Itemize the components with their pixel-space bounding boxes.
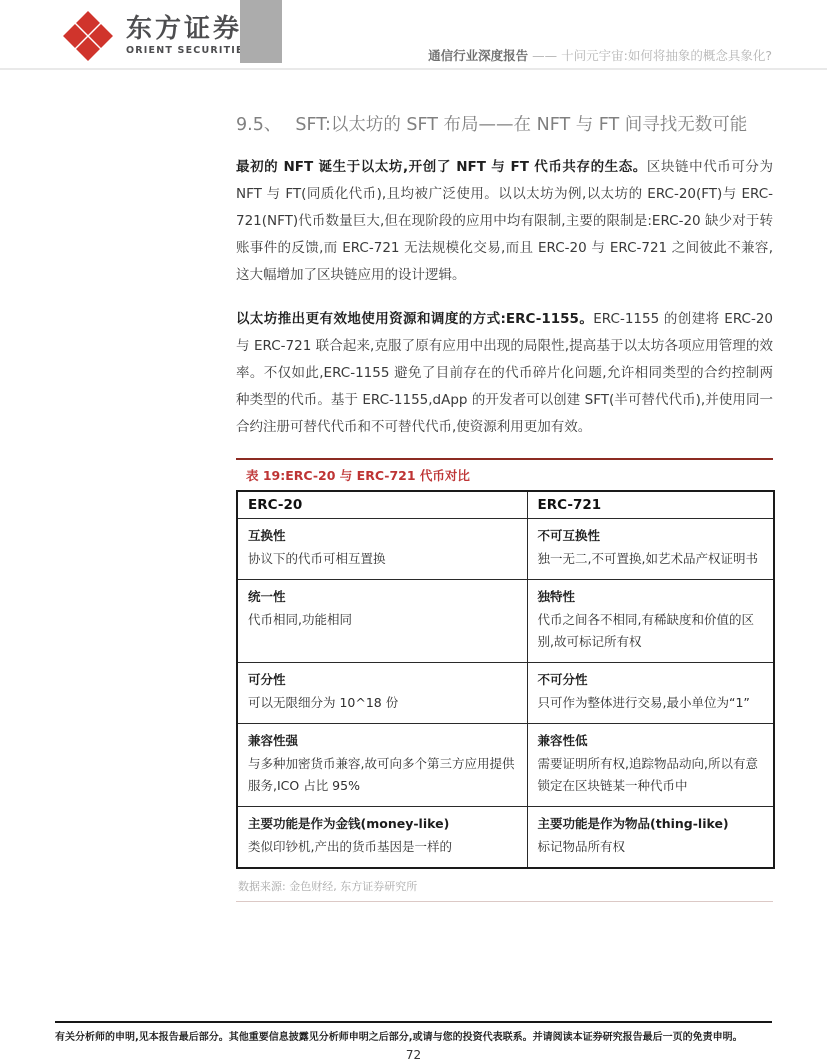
header-gray-bar bbox=[240, 0, 282, 63]
cell-title: 互换性 bbox=[248, 523, 517, 546]
paragraph-text: 区块链中代币可分为 NFT 与 FT(同质化代币),且均被广泛使用。以以太坊为例… bbox=[236, 159, 773, 283]
page-content: 9.5、SFT:以太坊的 SFT 布局——在 NFT 与 FT 间寻找无数可能 … bbox=[236, 112, 773, 902]
paragraph: 以太坊推出更有效地使用资源和调度的方式:ERC-1155。ERC-1155 的创… bbox=[236, 306, 773, 441]
report-title-label: 十问元宇宙:如何将抽象的概念具象化? bbox=[561, 48, 772, 63]
cell-desc: 只可作为整体进行交易,最小单位为“1” bbox=[538, 690, 764, 717]
paragraph-bold-lead: 以太坊推出更有效地使用资源和调度的方式:ERC-1155。 bbox=[236, 311, 593, 327]
cell-title: 统一性 bbox=[248, 584, 517, 607]
cell-desc: 代币之间各不相同,有稀缺度和价值的区别,故可标记所有权 bbox=[538, 607, 764, 656]
paragraph: 最初的 NFT 诞生于以太坊,开创了 NFT 与 FT 代币共存的生态。区块链中… bbox=[236, 154, 773, 289]
table-row: 可分性 可以无限细分为 10^18 份 不可分性 只可作为整体进行交易,最小单位… bbox=[237, 663, 774, 724]
report-type-label: 通信行业深度报告 bbox=[428, 48, 528, 63]
logo-name-cn: 东方证券 bbox=[126, 16, 252, 42]
paragraph-text: ERC-1155 的创建将 ERC-20 与 ERC-721 联合起来,克服了原… bbox=[236, 311, 773, 435]
table-row: 主要功能是作为金钱(money-like) 类似印钞机,产出的货币基因是一样的 … bbox=[237, 807, 774, 869]
table-header-row: ERC-20 ERC-721 bbox=[237, 491, 774, 519]
table-caption: 表 19:ERC-20 与 ERC-721 代币对比 bbox=[236, 460, 773, 490]
footer-divider bbox=[55, 1021, 772, 1023]
table-row: 互换性 协议下的代币可相互置换 不可互换性 独一无二,不可置换,如艺术品产权证明… bbox=[237, 519, 774, 580]
erc-comparison-table: ERC-20 ERC-721 互换性 协议下的代币可相互置换 不可互换性 独一无… bbox=[236, 490, 775, 869]
table-header-cell-erc20: ERC-20 bbox=[237, 491, 527, 519]
cell-title: 可分性 bbox=[248, 667, 517, 690]
table-row: 兼容性强 与多种加密货币兼容,故可向多个第三方应用提供服务,ICO 占比 95%… bbox=[237, 724, 774, 807]
cell-desc: 需要证明所有权,追踪物品动向,所以有意锁定在区块链某一种代币中 bbox=[538, 751, 764, 800]
header-report-meta: 通信行业深度报告 —— 十问元宇宙:如何将抽象的概念具象化? bbox=[428, 46, 772, 64]
table-header-cell-erc721: ERC-721 bbox=[527, 491, 774, 519]
diamond-logo-icon bbox=[60, 10, 116, 62]
section-title: SFT:以太坊的 SFT 布局——在 NFT 与 FT 间寻找无数可能 bbox=[295, 115, 747, 135]
cell-title: 兼容性强 bbox=[248, 728, 517, 751]
cell-title: 主要功能是作为金钱(money-like) bbox=[248, 811, 517, 834]
cell-title: 独特性 bbox=[538, 584, 764, 607]
logo-name-en: ORIENT SECURITIES bbox=[126, 46, 252, 56]
footer-disclaimer: 有关分析师的申明,见本报告最后部分。其他重要信息披露见分析师申明之后部分,或请与… bbox=[55, 1028, 772, 1043]
comparison-table-block: 表 19:ERC-20 与 ERC-721 代币对比 ERC-20 ERC-72… bbox=[236, 458, 773, 902]
cell-desc: 代币相同,功能相同 bbox=[248, 607, 517, 634]
cell-title: 不可分性 bbox=[538, 667, 764, 690]
table-row: 统一性 代币相同,功能相同 独特性 代币之间各不相同,有稀缺度和价值的区别,故可… bbox=[237, 580, 774, 663]
cell-desc: 类似印钞机,产出的货币基因是一样的 bbox=[248, 834, 517, 861]
cell-desc: 与多种加密货币兼容,故可向多个第三方应用提供服务,ICO 占比 95% bbox=[248, 751, 517, 800]
cell-title: 兼容性低 bbox=[538, 728, 764, 751]
source-note: 数据来源: 金色财经, 东方证券研究所 bbox=[236, 878, 773, 894]
header-divider bbox=[0, 68, 827, 70]
page-number: 72 bbox=[0, 1048, 827, 1062]
cell-desc: 标记物品所有权 bbox=[538, 834, 764, 861]
section-number: 9.5、 bbox=[236, 115, 281, 135]
cell-title: 主要功能是作为物品(thing-like) bbox=[538, 811, 764, 834]
orient-securities-logo: 东方证券 ORIENT SECURITIES bbox=[60, 10, 252, 62]
logo-text: 东方证券 ORIENT SECURITIES bbox=[126, 16, 252, 56]
section-heading: 9.5、SFT:以太坊的 SFT 布局——在 NFT 与 FT 间寻找无数可能 bbox=[236, 112, 773, 138]
report-dash: —— bbox=[532, 48, 561, 63]
cell-desc: 独一无二,不可置换,如艺术品产权证明书 bbox=[538, 546, 764, 573]
cell-title: 不可互换性 bbox=[538, 523, 764, 546]
cell-desc: 可以无限细分为 10^18 份 bbox=[248, 690, 517, 717]
source-divider bbox=[236, 901, 773, 902]
cell-desc: 协议下的代币可相互置换 bbox=[248, 546, 517, 573]
paragraph-bold-lead: 最初的 NFT 诞生于以太坊,开创了 NFT 与 FT 代币共存的生态。 bbox=[236, 159, 647, 175]
